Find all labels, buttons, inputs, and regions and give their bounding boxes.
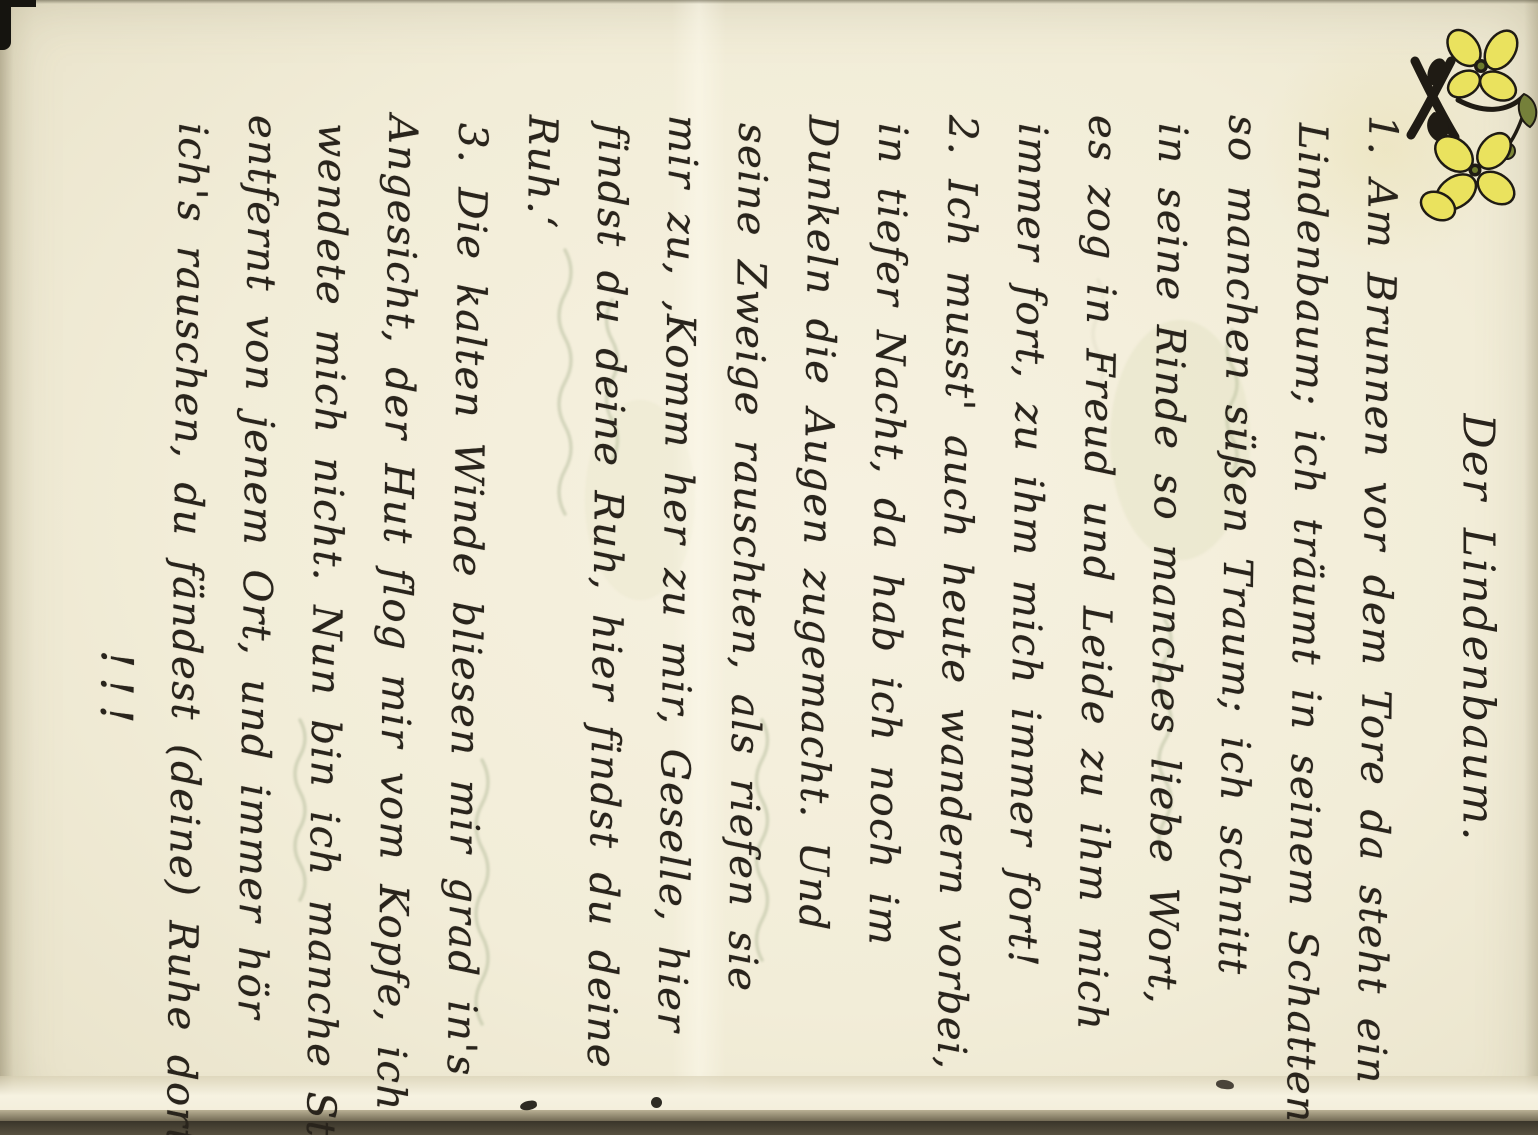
letter-line: Angesicht, der Hut flog mir vom Kopfe, i… [355, 115, 437, 1118]
letter-line: wendete mich nicht. Nun bin ich manche S… [285, 115, 367, 1118]
letter-line: Ruh.‘ [495, 115, 577, 1118]
letter-line: 2. Ich musst' auch heute wandern vorbei, [915, 115, 997, 1118]
letter-line: !!! [75, 115, 157, 1118]
letter-line: 3. Die kalten Winde bliesen mir grad in'… [425, 115, 507, 1118]
letter-line: Lindenbaum; ich träumt in seinem Schatte… [1265, 115, 1347, 1118]
flower-sketch [1288, 8, 1538, 260]
letter-line: findst du deine Ruh, hier findst du dein… [565, 115, 647, 1118]
letter-line: 1. Am Brunnen vor dem Tore da steht ein [1335, 115, 1417, 1118]
letter-line: so manchen süßen Traum; ich schnitt [1195, 115, 1277, 1118]
scan-corner-mark [0, 0, 36, 7]
letter-line: mir zu, ‚Komm her zu mir, Geselle, hier [635, 115, 717, 1118]
scanned-letter: Der Lindenbaum. 1. Am Brunnen vor dem To… [0, 0, 1538, 1135]
letter-line: in seine Rinde so manches liebe Wort, [1125, 115, 1207, 1118]
letter-body: 1. Am Brunnen vor dem Tore da steht einL… [88, 11, 1418, 1126]
scan-edge-top [0, 0, 1538, 4]
letter-line: Dunkeln die Augen zugemacht. Und [775, 115, 857, 1118]
letter-line: entfernt von jenem Ort, und immer hör [215, 115, 297, 1118]
letter-line: seine Zweige rauschten, als riefen sie [705, 115, 787, 1118]
letter-line: immer fort, zu ihm mich immer fort! [985, 115, 1067, 1118]
letter-line: es zog in Freud und Leide zu ihm mich [1055, 115, 1137, 1118]
lower-flower [1416, 127, 1520, 226]
letter-line: in tiefer Nacht, da hab ich noch im [845, 115, 927, 1118]
letter-line: ich's rauschen, du fändest (deine) Ruhe … [145, 115, 227, 1118]
